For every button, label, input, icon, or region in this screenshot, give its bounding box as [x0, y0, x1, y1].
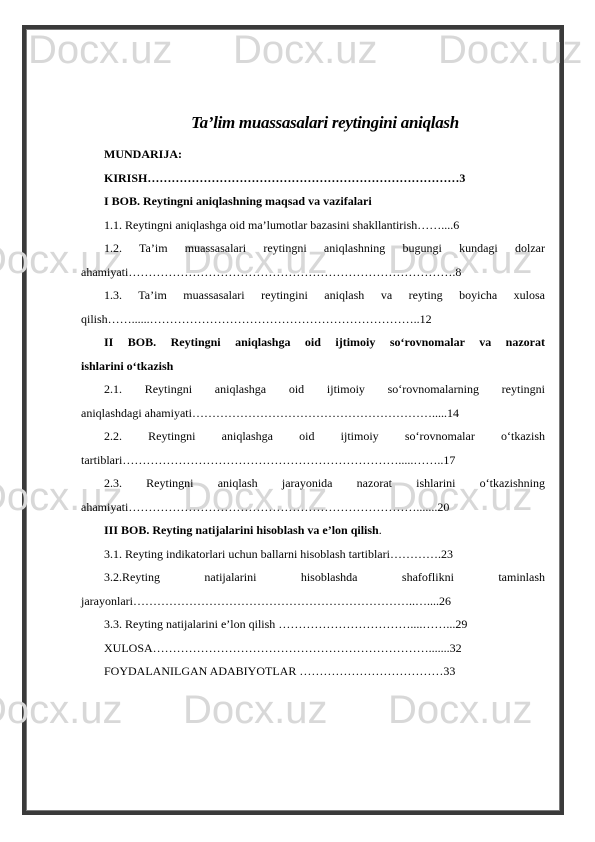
toc-leader-dots: …………………………………………………………………… [147, 171, 459, 185]
toc-page-number: 26 [439, 594, 451, 608]
toc-entry-text: 3.2.Reyting natijalarini hisoblashda sha… [104, 570, 545, 584]
toc-entry-text: jarayonlari [81, 594, 133, 608]
toc-entry-bob2_b[interactable]: ishlarini o‘tkazish [81, 355, 545, 379]
toc-entry-s2_3_a[interactable]: 2.3. Reytingni aniqlash jarayonida nazor… [84, 472, 545, 496]
toc-leader-dots: ……………………………....…… [278, 617, 446, 631]
toc-entry-text: 2.1. Reytingni aniqlashga oid ijtimoiy s… [104, 382, 545, 396]
toc-entry-s1_2_b[interactable]: ahamiyati……………………………………………………………………….8 [81, 261, 545, 285]
toc-entry-text: 3.1. Reyting indikatorlari uchun ballarn… [104, 547, 390, 561]
toc-entry-text: 2.2. Reytingni aniqlashga oid ijtimoiy s… [104, 429, 545, 443]
toc-page-number: 33 [443, 664, 455, 678]
toc-entry-text: qilish [81, 312, 108, 326]
toc-entry-s2_3_b[interactable]: ahamiyati……………………………………………………………….......… [81, 496, 545, 520]
toc-leader-dots: …………………………………………………………….....…….. [122, 453, 443, 467]
toc-entry-text: FOYDALANILGAN ADABIYOTLAR [104, 664, 299, 678]
toc-leader-dots: …………. [390, 547, 441, 561]
toc-leader-dots: ……………………………… [299, 664, 443, 678]
toc-entry-text: 3.3. Reyting natijalarini e’lon qilish [104, 617, 278, 631]
toc-entry-s2_2_a[interactable]: 2.2. Reytingni aniqlashga oid ijtimoiy s… [84, 425, 545, 449]
toc-entry-text: 1.3. Ta’im muassasalari reytingini aniql… [104, 288, 545, 302]
toc-entry-text: ahamiyati [81, 265, 128, 279]
toc-entry-s1_3_a[interactable]: 1.3. Ta’im muassasalari reytingini aniql… [84, 284, 545, 308]
toc-leader-dots: ………………………………………………………………....... [128, 500, 437, 514]
toc-entry-s1_2_a[interactable]: 1.2. Ta’im muassasalari reytingni aniqla… [84, 237, 545, 261]
toc-page-number: 17 [443, 453, 455, 467]
toc-page-number: 3 [459, 171, 465, 185]
toc-leader-dots: …….... [417, 218, 453, 232]
toc-leader-dots: …………………………………………………………………… [128, 265, 440, 279]
toc-entry-suffix: . [379, 523, 382, 537]
document-title: Ta’lim muassasalari reytingini aniqlash [0, 113, 595, 133]
toc-page-number: 6 [453, 218, 459, 232]
toc-heading: MUNDARIJA: [81, 143, 545, 167]
toc-entry-s3_2_a[interactable]: 3.2.Reyting natijalarini hisoblashda sha… [84, 566, 545, 590]
toc-entry-text: 1.1. Reytingni aniqlashga oid ma’lumotla… [104, 218, 417, 232]
toc-entry-text: 1.2. Ta’im muassasalari reytingni aniqla… [104, 241, 545, 255]
toc-entry-text: ahamiyati [81, 500, 128, 514]
toc-entry-bob2_a[interactable]: II BOB. Reytingni aniqlashga oid ijtimoi… [84, 331, 545, 355]
toc-entry-s2_1_a[interactable]: 2.1. Reytingni aniqlashga oid ijtimoiy s… [84, 378, 545, 402]
toc-entry-text: I BOB. Reytingni aniqlashning maqsad va … [104, 194, 372, 208]
toc-entry-text: aniqlashdagi ahamiyati [81, 406, 192, 420]
toc-entry-s3_1[interactable]: 3.1. Reyting indikatorlari uchun ballarn… [84, 543, 545, 567]
toc-entry-s1_3_b[interactable]: qilish……......…………………………………………………………..12 [81, 308, 545, 332]
toc-leader-dots: ……………………………………………………………....... [153, 641, 450, 655]
toc-entry-s1_1[interactable]: 1.1. Reytingni aniqlashga oid ma’lumotla… [84, 214, 545, 238]
toc-page-number: ...29 [446, 617, 467, 631]
toc-entry-s2_1_b[interactable]: aniqlashdagi ahamiyati………………………………………………… [81, 402, 545, 426]
toc-leader-dots: ……......………………………………………………………….. [108, 312, 420, 326]
toc-page-number: ….8 [440, 265, 461, 279]
toc-entry-adabiyot[interactable]: FOYDALANILGAN ADABIYOTLAR ………………………………33 [84, 660, 545, 684]
toc-leader-dots: ……………………………………………………………..….... [133, 594, 439, 608]
toc-entry-bob1[interactable]: I BOB. Reytingni aniqlashning maqsad va … [84, 190, 545, 214]
toc-leader-dots: ……………………………………………………..... [192, 406, 447, 420]
toc-page-number: 32 [450, 641, 462, 655]
toc-entry-bob3[interactable]: III BOB. Reyting natijalarini hisoblash … [84, 519, 545, 543]
toc-page-number: 20 [437, 500, 449, 514]
toc-page-number: 12 [420, 312, 432, 326]
toc-entry-text: 2.3. Reytingni aniqlash jarayonida nazor… [104, 476, 545, 490]
toc-entries: KIRISH……………………………………………………………………3I BOB. … [84, 167, 545, 684]
toc-entry-s2_2_b[interactable]: tartiblari…………………………………………………………….....……… [81, 449, 545, 473]
toc-entry-text: II BOB. Reytingni aniqlashga oid ijtimoi… [104, 335, 545, 349]
toc-entry-text: ishlarini o‘tkazish [81, 359, 173, 373]
toc-entry-s3_2_b[interactable]: jarayonlari……………………………………………………………..…...… [81, 590, 545, 614]
table-of-contents: MUNDARIJA: KIRISH……………………………………………………………… [84, 143, 545, 684]
toc-entry-kirish[interactable]: KIRISH……………………………………………………………………3 [84, 167, 545, 191]
toc-entry-xulosa[interactable]: XULOSA…………………………………………………………….......32 [84, 637, 545, 661]
toc-entry-text: XULOSA [104, 641, 153, 655]
toc-page-number: 23 [441, 547, 453, 561]
toc-entry-s3_3[interactable]: 3.3. Reyting natijalarini e’lon qilish …… [84, 613, 545, 637]
toc-entry-text: KIRISH [104, 171, 147, 185]
toc-entry-text: III BOB. Reyting natijalarini hisoblash … [104, 523, 379, 537]
toc-entry-text: tartiblari [81, 453, 122, 467]
toc-page-number: 14 [447, 406, 459, 420]
